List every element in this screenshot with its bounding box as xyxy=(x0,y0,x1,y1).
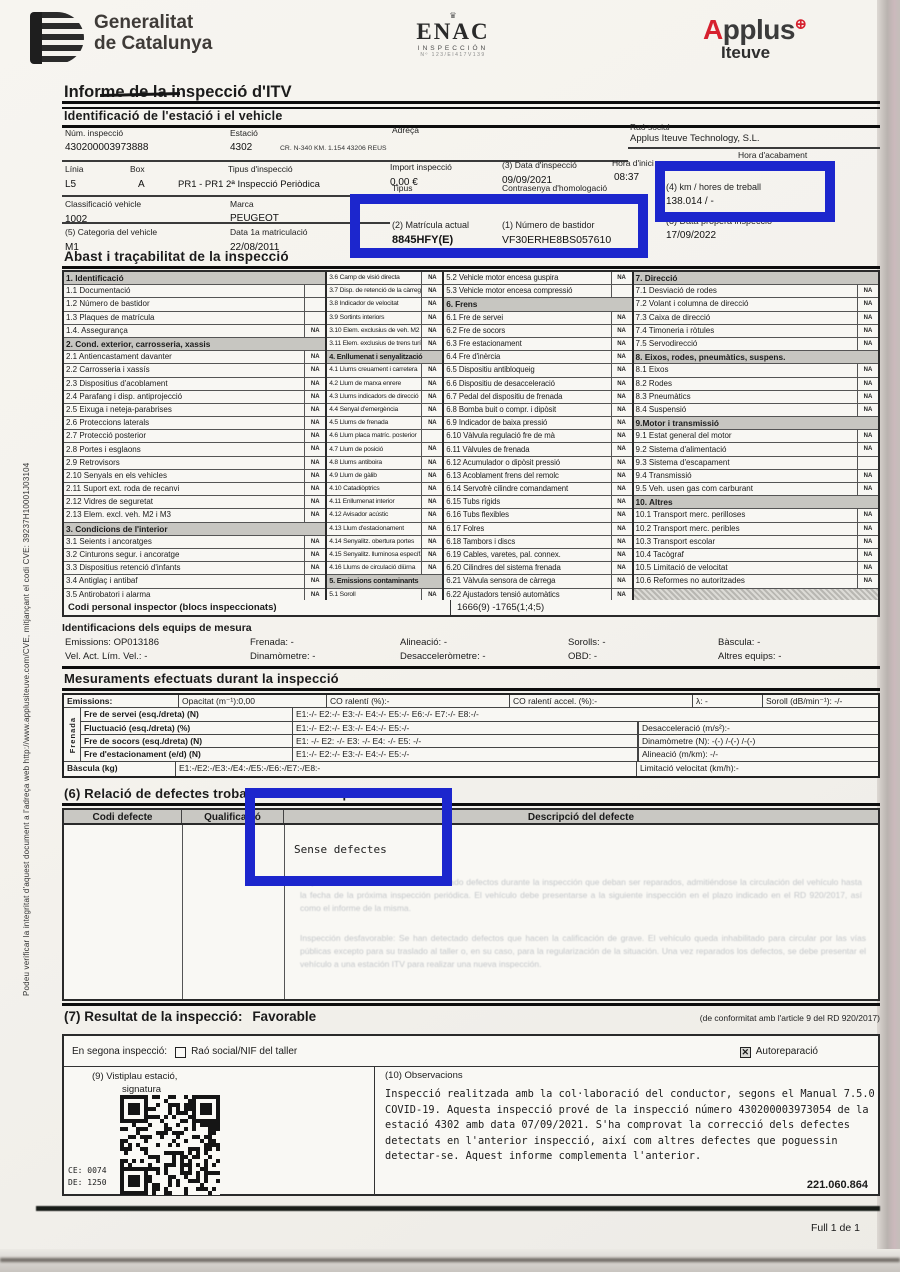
inspection-item: 5.2 Vehicle motor encesa guspiraNA xyxy=(444,272,631,285)
frenada-label-cell: Frenada xyxy=(64,708,81,761)
emissions-cell: CO ralentí (%):- xyxy=(327,695,510,707)
na-mark-cell: NA xyxy=(304,417,325,429)
inspection-item: 6.6 Dispositiu de desacceleracióNA xyxy=(444,378,631,391)
categoria-label: (5) Categoria del vehicle xyxy=(65,227,157,237)
brake-row-label: Fre de servei (esq./dreta) (N) xyxy=(81,708,293,720)
contrasenya-label: Contrasenya d'homologació xyxy=(502,183,607,193)
na-mark-cell: NA xyxy=(857,391,878,403)
inspection-item: 10.1 Transport merc. perillosesNA xyxy=(634,509,878,522)
inspection-item: 1.1 Documentació xyxy=(64,285,325,298)
na-mark-cell: NA xyxy=(304,378,325,390)
inspection-item-label: 6.6 Dispositiu de desacceleració xyxy=(444,378,610,390)
inspection-item: 6.10 Vàlvula regulació fre de màNA xyxy=(444,430,631,443)
na-mark-cell: NA xyxy=(611,549,632,561)
inspection-item: 8.2 RodesNA xyxy=(634,378,878,391)
na-mark-cell: NA xyxy=(421,364,442,376)
box-label: Box xyxy=(130,164,145,174)
applus-plus-icon: ⊕ xyxy=(795,16,806,32)
na-mark-cell: NA xyxy=(857,430,878,442)
inspection-item: 6.5 Dispositiu antibloqueigNA xyxy=(444,364,631,377)
scanned-document-page: Podeu verificar la integritat d'aquest d… xyxy=(0,0,900,1272)
result-value: Favorable xyxy=(252,1009,316,1024)
inspection-item-label: 6.16 Tubs flexibles xyxy=(444,509,610,521)
na-mark-cell: NA xyxy=(304,483,325,495)
inspection-item: 2.12 Vidres de seguretatNA xyxy=(64,496,325,509)
na-mark-cell: NA xyxy=(857,312,878,324)
na-mark-cell: NA xyxy=(857,483,878,495)
inspection-item-label: 4.7 Llum de posició xyxy=(327,444,421,456)
inspection-item-label: 2.7 Protecció posterior xyxy=(64,430,304,442)
inspection-section-header: 5. Emissions contaminants xyxy=(327,575,442,588)
section-equips-title: Identificacions dels equips de mesura xyxy=(62,622,252,634)
inspection-item-label: 6.14 Servofrè cilindre comandament xyxy=(444,483,610,495)
inspection-item: 5.3 Vehicle motor encesa compressió xyxy=(444,285,631,298)
frenada-block: FrenadaFre de servei (esq./dreta) (N)E1:… xyxy=(64,708,878,762)
na-mark-cell: NA xyxy=(304,404,325,416)
inspection-item: 2.6 Proteccions lateralsNA xyxy=(64,417,325,430)
inspection-item: 2.8 Portes i esglaonsNA xyxy=(64,443,325,456)
inspection-item-label: 6.10 Vàlvula regulació fre de mà xyxy=(444,430,610,442)
bascula-right-value: Limitació velocitat (km/h):- xyxy=(637,762,878,775)
na-mark-cell: NA xyxy=(421,325,442,337)
inspection-item-label: 1.4. Assegurança xyxy=(64,325,304,337)
inspection-item: 4.14 Senyalitz. obertura portesNA xyxy=(327,536,442,549)
inspection-item-label: 6.17 Folres xyxy=(444,523,610,535)
inspection-item: 4.6 Llum placa matríc. posterior xyxy=(327,430,442,443)
na-mark-cell: NA xyxy=(421,562,442,574)
inspection-item: 7.1 Desviació de rodesNA xyxy=(634,285,878,298)
autoreparacio-checkbox: ✕ xyxy=(740,1047,751,1058)
na-mark-cell xyxy=(304,285,325,297)
inspection-item-label: 6.2 Fre de socors xyxy=(444,325,610,337)
na-mark-cell: NA xyxy=(611,391,632,403)
inspection-item-label: 1.2 Número de bastidor xyxy=(64,298,304,310)
inspection-section-header: 7. Direcció xyxy=(634,272,878,285)
na-mark-cell: NA xyxy=(857,338,878,350)
na-mark-cell: NA xyxy=(857,509,878,521)
brake-row-values: E1:-/- E2:-/- E3:-/- E4:-/- E5:-/- E6:-/… xyxy=(293,708,878,720)
na-mark-cell: NA xyxy=(857,378,878,390)
qr-code xyxy=(120,1095,220,1200)
section-identificacio-title: Identificació de l'estació i el vehicle xyxy=(64,109,283,123)
divider xyxy=(628,147,880,149)
inspection-item: 6.9 Indicador de baixa pressióNA xyxy=(444,417,631,430)
equips-row-2: Vel. Act. Lím. Vel.: -Dinamòmetre: -Desa… xyxy=(65,651,880,662)
tipus-label: Tipus xyxy=(392,183,412,193)
brake-row-label: Fluctuació (esq./dreta) (%) xyxy=(81,722,293,734)
inspection-item-label: 6.19 Cables, varetes, pal. connex. xyxy=(444,549,610,561)
inspection-section-header: 3. Condicions de l'interior xyxy=(64,523,325,536)
inspection-item: 8.4 SuspensióNA xyxy=(634,404,878,417)
na-mark-cell: NA xyxy=(304,470,325,482)
na-mark-cell: NA xyxy=(421,417,442,429)
second-inspection-row: En segona inspecció: Raó social/NIF del … xyxy=(64,1036,878,1067)
na-mark-cell: NA xyxy=(421,483,442,495)
na-mark-cell: NA xyxy=(421,509,442,521)
inspection-item-label: 2.2 Carrosseria i xassís xyxy=(64,364,304,376)
inspection-item: 6.8 Bomba buit o compr. i dipòsitNA xyxy=(444,404,631,417)
inspection-item: 10.4 TacògrafNA xyxy=(634,549,878,562)
brake-row-label: Fre d'estacionament (e/d) (N) xyxy=(81,748,293,761)
divider xyxy=(62,266,880,269)
emissions-cell: Soroll (dB/min⁻¹): -/- xyxy=(763,695,878,707)
na-mark-cell: NA xyxy=(857,404,878,416)
equip-field: Sorolls: - xyxy=(568,637,718,648)
na-mark-cell: NA xyxy=(611,338,632,350)
cve-side-note: Podeu verificar la integritat d'aquest d… xyxy=(22,281,31,996)
annotation-box-matricula xyxy=(350,194,648,258)
na-mark-cell: NA xyxy=(421,496,442,508)
inspection-item-label: 6.18 Tambors i discs xyxy=(444,536,610,548)
inspection-item-label: 3.10 Elem. exclusius de veh. M2 i M3 xyxy=(327,325,421,337)
inspection-item-label: 4.8 Llums antiboira xyxy=(327,457,421,469)
inspection-item-label: 8.1 Eixos xyxy=(634,364,857,376)
na-mark-cell: NA xyxy=(421,470,442,482)
applus-rest: pplus xyxy=(723,14,795,45)
na-mark-cell xyxy=(304,312,325,324)
inspection-item: 6.7 Pedal del dispositiu de frenadaNA xyxy=(444,391,631,404)
na-mark-cell: NA xyxy=(857,523,878,535)
enac-logo: ♛ ENAC INSPECCIÓN Nº 123/EI417V139 xyxy=(398,12,508,58)
na-mark-cell: NA xyxy=(304,443,325,455)
na-mark-cell: NA xyxy=(611,312,632,324)
enac-wordmark: ENAC xyxy=(398,19,508,45)
inspection-item-label: 10.3 Transport escolar xyxy=(634,536,857,548)
inspection-item: 6.2 Fre de socorsNA xyxy=(444,325,631,338)
inspection-item: 9.2 Sistema d'alimentacióNA xyxy=(634,443,878,456)
enac-emblem-icon: ♛ xyxy=(398,12,508,19)
inspection-item: 6.17 FolresNA xyxy=(444,523,631,536)
na-mark-cell: NA xyxy=(611,523,632,535)
inspection-item: 6.19 Cables, varetes, pal. connex.NA xyxy=(444,549,631,562)
marca-label: Marca xyxy=(230,199,254,209)
na-mark-cell: NA xyxy=(611,562,632,574)
inspection-column: 7. Direcció7.1 Desviació de rodesNA7.2 V… xyxy=(634,272,878,602)
inspection-item-label: 9.2 Sistema d'alimentació xyxy=(634,444,857,456)
inspection-item-label: 3.8 Indicador de velocitat xyxy=(327,298,421,310)
na-mark-cell: NA xyxy=(304,549,325,561)
divider xyxy=(62,125,880,128)
na-mark-cell: NA xyxy=(611,496,632,508)
inspection-item: 4.8 Llums antiboiraNA xyxy=(327,457,442,470)
enac-subtitle: INSPECCIÓN xyxy=(398,45,508,52)
na-mark-cell: NA xyxy=(611,443,632,455)
inspection-item-label: 8.4 Suspensió xyxy=(634,404,857,416)
inspection-item: 3.7 Disp. de retenció de la càrregaNA xyxy=(327,285,442,298)
na-mark-cell: NA xyxy=(857,470,878,482)
taller-checkbox xyxy=(175,1047,186,1058)
vistiplau-label-line1: (9) Vistiplau estació, xyxy=(92,1071,177,1082)
inspection-item-label: 7.1 Desviació de rodes xyxy=(634,285,857,297)
inspection-item: 3.8 Indicador de velocitatNA xyxy=(327,298,442,311)
inspection-item-label: 6.1 Fre de servei xyxy=(444,312,610,324)
na-mark-cell: NA xyxy=(611,325,632,337)
inspection-item: 4.13 Llum d'estacionamentNA xyxy=(327,523,442,536)
vistiplau-cell: (9) Vistiplau estació, signatura CE: 007… xyxy=(64,1067,375,1195)
inspection-item-label: 10.1 Transport merc. perilloses xyxy=(634,509,857,521)
na-mark-cell: NA xyxy=(857,285,878,297)
brake-row: Fluctuació (esq./dreta) (%)E1:-/- E2:-/-… xyxy=(81,722,878,735)
inspection-item: 10.2 Transport merc. periblesNA xyxy=(634,523,878,536)
result-line: (7) Resultat de la inspecció: Favorable xyxy=(64,1009,316,1024)
inspection-item: 2.4 Parafang i disp. antiprojeccióNA xyxy=(64,391,325,404)
inspection-item-label: 10.6 Reformes no autoritzades xyxy=(634,575,857,587)
inspection-item: 4.10 CatadiòptricsNA xyxy=(327,483,442,496)
inspection-item: 4.4 Senyal d'emergènciaNA xyxy=(327,404,442,417)
inspection-section-header: 2. Cond. exterior, carrosseria, xassis xyxy=(64,338,325,351)
inspection-item: 6.21 Vàlvula sensora de càrregaNA xyxy=(444,575,631,588)
footer-rule xyxy=(36,1206,880,1211)
inspection-item-label: 8.3 Pneumàtics xyxy=(634,391,857,403)
inspection-item-label: 7.3 Caixa de direcció xyxy=(634,312,857,324)
equip-field: Dinamòmetre: - xyxy=(250,651,400,662)
brake-row: Fre de socors (esq./dreta) (N)E1: -/- E2… xyxy=(81,735,878,748)
inspection-column: 5.2 Vehicle motor encesa guspiraNA5.3 Ve… xyxy=(444,272,633,602)
bascula-values: E1:-/E2:-/E3:-/E4:-/E5:-/E6:-/E7:-/E8:- xyxy=(176,762,637,775)
inspection-item: 6.11 Vàlvules de frenadaNA xyxy=(444,443,631,456)
inspection-item: 3.6 Camp de visió directaNA xyxy=(327,272,442,285)
inspection-item: 1.4. AssegurançaNA xyxy=(64,325,325,338)
divider xyxy=(62,666,880,669)
na-mark-cell: NA xyxy=(611,470,632,482)
inspection-item: 6.4 Fre d'inèrciaNA xyxy=(444,351,631,364)
na-mark-cell: NA xyxy=(304,496,325,508)
emissions-cell: Opacitat (m⁻¹):0,00 xyxy=(179,695,327,707)
na-mark-cell xyxy=(304,298,325,310)
inspection-item-label: 10.4 Tacògraf xyxy=(634,549,857,561)
reference-number: 221.060.864 xyxy=(807,1179,868,1191)
inspection-table: 1. Identificació1.1 Documentació1.2 Núme… xyxy=(62,270,880,604)
generalitat-shield-icon xyxy=(30,12,84,64)
inspection-item-label: 3.7 Disp. de retenció de la càrrega xyxy=(327,285,421,297)
estacio-label: Estació xyxy=(230,128,258,138)
inspection-item-label: 6.21 Vàlvula sensora de càrrega xyxy=(444,575,610,587)
inspection-item-label: 5.3 Vehicle motor encesa compressió xyxy=(444,285,610,297)
emissions-cell: CO ralentí accel. (%):- xyxy=(510,695,693,707)
inspection-item-label: 6.7 Pedal del dispositiu de frenada xyxy=(444,391,610,403)
na-mark-cell: NA xyxy=(421,549,442,561)
inspection-item-label: 9.3 Sistema d'escapament xyxy=(634,457,857,469)
divider xyxy=(62,803,880,806)
inspection-item: 7.2 Volant i columna de direccióNA xyxy=(634,298,878,311)
divider xyxy=(62,688,880,691)
ce-code: CE: 0074 xyxy=(68,1165,107,1177)
na-mark-cell: NA xyxy=(857,575,878,587)
linia-value: L5 xyxy=(65,179,76,190)
observations-label: (10) Observacions xyxy=(385,1070,463,1081)
inspection-item: 10.5 Limitació de velocitatNA xyxy=(634,562,878,575)
na-mark-cell xyxy=(421,430,442,442)
num-inspeccio-label: Núm. inspecció xyxy=(65,128,123,138)
section-abast-title: Abast i traçabilitat de la inspecció xyxy=(64,249,289,264)
inspection-item: 9.1 Estat general del motorNA xyxy=(634,430,878,443)
inspection-section-header: 4. Enllumenat i senyalització xyxy=(327,351,442,364)
na-mark-cell: NA xyxy=(421,523,442,535)
inspection-item-label: 2.12 Vidres de seguretat xyxy=(64,496,304,508)
inspection-item: 4.3 Llums indicadors de direccióNA xyxy=(327,391,442,404)
annotation-box-km xyxy=(655,161,835,222)
generalitat-text-line2: de Catalunya xyxy=(94,33,212,54)
inspection-item-label: 4.9 Llum de gàlib xyxy=(327,470,421,482)
inspection-item: 4.5 Llums de frenadaNA xyxy=(327,417,442,430)
brake-row-label: Fre de socors (esq./dreta) (N) xyxy=(81,735,293,747)
inspection-item: 2.9 RetrovisorsNA xyxy=(64,457,325,470)
data-matriculacio-label: Data 1a matriculació xyxy=(230,227,307,237)
inspection-item-label: 4.11 Enllumenat interior xyxy=(327,496,421,508)
inspection-item: 4.2 Llum de marxa enrereNA xyxy=(327,378,442,391)
inspector-code-value: 1666(9) -1765(1;4;5) xyxy=(451,602,878,613)
inspection-item: 1.2 Número de bastidor xyxy=(64,298,325,311)
inspection-item-label: 6.8 Bomba buit o compr. i dipòsit xyxy=(444,404,610,416)
equip-field: Frenada: - xyxy=(250,637,400,648)
bleedthrough-text: Inspección desfavorable: Se han detectad… xyxy=(300,932,866,971)
inspection-item-label: 9.4 Transmissió xyxy=(634,470,857,482)
na-mark-cell: NA xyxy=(304,351,325,363)
inspection-item-label: 4.16 Llums de circulació diürna xyxy=(327,562,421,574)
emissions-row: Emissions:Opacitat (m⁻¹):0,00CO ralentí … xyxy=(64,695,878,708)
na-mark-cell: NA xyxy=(857,562,878,574)
adreca-label: Adreça xyxy=(392,125,419,135)
data-inspeccio-label: (3) Data d'inspecció xyxy=(502,160,577,170)
defects-table-header: Codi defecte Qualificació Descripció del… xyxy=(62,808,880,825)
na-mark-cell: NA xyxy=(304,575,325,587)
applus-logo: Applus⊕ Iteuve xyxy=(703,14,806,63)
na-mark-cell: NA xyxy=(611,457,632,469)
brake-row-values: E1:-/- E2:-/- E3:-/- E4:-/- E5:-/- xyxy=(293,748,638,761)
second-inspection-label: En segona inspecció: xyxy=(72,1046,167,1057)
taller-checkbox-label: Raó social/NIF del taller xyxy=(191,1046,297,1057)
annotation-box-defectes xyxy=(245,788,452,886)
inspection-item: 6.18 Tambors i discsNA xyxy=(444,536,631,549)
na-mark-cell: NA xyxy=(421,443,442,455)
inspection-item: 7.3 Caixa de direccióNA xyxy=(634,312,878,325)
inspection-section-header: 6. Frens xyxy=(444,298,631,311)
inspection-item: 3.10 Elem. exclusius de veh. M2 i M3NA xyxy=(327,325,442,338)
inspection-column: 1. Identificació1.1 Documentació1.2 Núme… xyxy=(64,272,327,602)
hora-acabament-label: Hora d'acabament xyxy=(738,150,807,160)
inspection-item: 8.1 EixosNA xyxy=(634,364,878,377)
na-mark-cell: NA xyxy=(421,457,442,469)
inspection-item: 2.7 Protecció posteriorNA xyxy=(64,430,325,443)
inspection-item: 2.10 Senyals en els vehiclesNA xyxy=(64,470,325,483)
inspection-item: 9.3 Sistema d'escapament xyxy=(634,457,878,470)
bascula-row: Bàscula (kg)E1:-/E2:-/E3:-/E4:-/E5:-/E6:… xyxy=(64,762,878,775)
inspection-item-label: 6.15 Tubs rígids xyxy=(444,496,610,508)
inspection-item: 2.5 Eixuga i neteja-parabrisesNA xyxy=(64,404,325,417)
inspection-item-label: 9.5 Veh. usen gas com carburant xyxy=(634,483,857,495)
na-mark-cell xyxy=(611,285,632,297)
inspection-item-label: 4.12 Avisador acústic xyxy=(327,509,421,521)
page-number: Full 1 de 1 xyxy=(620,1222,860,1234)
na-mark-cell: NA xyxy=(611,417,632,429)
applus-iteuve: Iteuve xyxy=(721,43,806,63)
equip-field: OBD: - xyxy=(568,651,718,662)
inspection-item-label: 2.8 Portes i esglaons xyxy=(64,444,304,456)
brake-row-values: E1: -/- E2: -/- E3: -/- E4: -/- E5: -/- xyxy=(293,735,638,747)
inspection-item-label: 6.9 Indicador de baixa pressió xyxy=(444,417,610,429)
inspection-item-label: 6.12 Acumulador o dipòsit pressió xyxy=(444,457,610,469)
hora-inici-label: Hora d'inici xyxy=(612,158,654,168)
rao-social-label: Raó social xyxy=(630,122,670,132)
divider xyxy=(62,1003,880,1006)
measurements-table: Emissions:Opacitat (m⁻¹):0,00CO ralentí … xyxy=(62,693,880,778)
emissions-cell: Emissions: xyxy=(64,695,179,707)
inspection-item: 3.11 Elem. exclusius de trens turísticsN… xyxy=(327,338,442,351)
na-mark-cell: NA xyxy=(857,443,878,455)
inspection-item-label: 7.4 Timoneria i ròtules xyxy=(634,325,857,337)
inspection-item-label: 9.1 Estat general del motor xyxy=(634,430,857,442)
bascula-label: Bàscula (kg) xyxy=(64,762,176,775)
inspection-item-label: 6.11 Vàlvules de frenada xyxy=(444,444,610,456)
inspection-item-label: 4.13 Llum d'estacionament xyxy=(327,523,421,535)
inspection-item: 2.1 Antiencastament davanterNA xyxy=(64,351,325,364)
observations-cell: (10) Observacions Inspecció realitzada a… xyxy=(375,1067,878,1195)
inspection-item: 2.2 Carrosseria i xassísNA xyxy=(64,364,325,377)
inspection-item: 6.15 Tubs rígidsNA xyxy=(444,496,631,509)
na-mark-cell: NA xyxy=(304,509,325,521)
applus-a: A xyxy=(703,14,723,45)
tipus-inspeccio-label: Tipus d'inspecció xyxy=(228,164,293,174)
na-mark-cell: NA xyxy=(304,536,325,548)
na-mark-cell: NA xyxy=(857,298,878,310)
inspection-item: 4.16 Llums de circulació diürnaNA xyxy=(327,562,442,575)
inspection-item-label: 4.5 Llums de frenada xyxy=(327,417,421,429)
divider xyxy=(62,222,390,224)
na-mark-cell: NA xyxy=(421,404,442,416)
na-mark-cell: NA xyxy=(421,391,442,403)
na-mark-cell: NA xyxy=(611,536,632,548)
inspection-item: 6.14 Servofrè cilindre comandamentNA xyxy=(444,483,631,496)
box-value: A xyxy=(138,179,145,190)
hora-inici-value: 08:37 xyxy=(614,172,639,183)
scan-bottom-line xyxy=(0,1258,900,1262)
inspection-item: 4.7 Llum de posicióNA xyxy=(327,443,442,456)
inspection-item: 4.12 Avisador acústicNA xyxy=(327,509,442,522)
inspection-item: 2.13 Elem. excl. veh. M2 i M3NA xyxy=(64,509,325,522)
tipus-inspeccio-value: PR1 - PR1 2ª Inspecció Periòdica xyxy=(178,179,320,190)
inspection-item-label: 2.1 Antiencastament davanter xyxy=(64,351,304,363)
inspection-item-label: 4.15 Senyalitz. lluminosa específ. xyxy=(327,549,421,561)
inspection-item-label: 6.5 Dispositiu antibloqueig xyxy=(444,364,610,376)
inspection-item-label: 10.5 Limitació de velocitat xyxy=(634,562,857,574)
inspection-item: 6.20 Cilindres del sistema frenadaNA xyxy=(444,562,631,575)
na-mark-cell: NA xyxy=(611,430,632,442)
brake-row-right-value: Dinamòmetre (N): -(-) /-(-) /-(-) xyxy=(638,735,878,747)
defects-header-codi: Codi defecte xyxy=(64,810,182,823)
inspection-item-label: 7.2 Volant i columna de direcció xyxy=(634,298,857,310)
inspection-item-label: 5.2 Vehicle motor encesa guspira xyxy=(444,272,610,284)
inspection-item: 9.4 TransmissióNA xyxy=(634,470,878,483)
inspection-section-header: 10. Altres xyxy=(634,496,878,509)
inspection-item-label: 6.20 Cilindres del sistema frenada xyxy=(444,562,610,574)
inspection-item: 3.9 Sortints interiorsNA xyxy=(327,312,442,325)
inspector-code-label: Codi personal inspector (blocs inspeccio… xyxy=(64,600,451,615)
propera-inspeccio-value: 17/09/2022 xyxy=(666,230,716,241)
inspection-section-header: 8. Eixos, rodes, pneumàtics, suspens. xyxy=(634,351,878,364)
na-mark-cell: NA xyxy=(421,338,442,350)
divider xyxy=(62,101,880,104)
inspection-item-label: 1.1 Documentació xyxy=(64,285,304,297)
rao-social-value: Applus Iteuve Technology, S.L. xyxy=(630,133,760,144)
inspection-item: 3.3 Dispositius retenció d'infantsNA xyxy=(64,562,325,575)
inspection-item-label: 4.3 Llums indicadors de direcció xyxy=(327,391,421,403)
inspection-item-label: 6.13 Acoblament frens del remolc xyxy=(444,470,610,482)
na-mark-cell: NA xyxy=(857,325,878,337)
inspection-item-label: 6.3 Fre estacionament xyxy=(444,338,610,350)
inspector-code-row: Codi personal inspector (blocs inspeccio… xyxy=(62,600,880,617)
inspection-item-label: 2.4 Parafang i disp. antiprojecció xyxy=(64,391,304,403)
inspection-item: 1.3 Plaques de matrícula xyxy=(64,312,325,325)
